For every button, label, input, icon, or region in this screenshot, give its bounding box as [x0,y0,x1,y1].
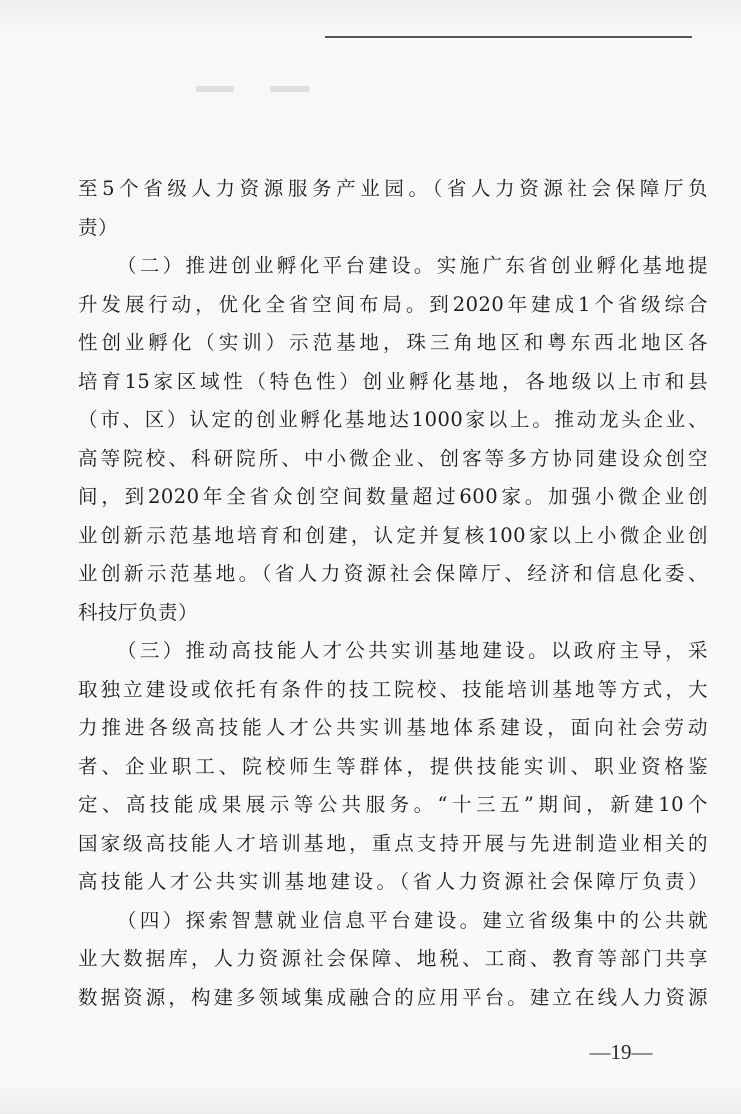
text-line: 国家级高技能人才培训基地，重点支持开展与先进制造业相关的 [78,825,708,864]
text-line: 业创新示范基地培育和创建，认定并复核100家以上小微企业创 [78,517,708,556]
text-line: 高技能人才公共实训基地建设。（省人力资源社会保障厅负责） [78,863,708,902]
text-line: 高等院校、科研院所、中小微企业、创客等多方协同建设众创空 [78,440,708,479]
text-line: 力推进各级高技能人才公共实训基地体系建设，面向社会劳动 [78,709,708,748]
text-line: 者、企业职工、院校师生等群体，提供技能实训、职业资格鉴 [78,748,708,787]
text-line: 科技厅负责） [78,594,708,633]
section-heading-line: （三）推动高技能人才公共实训基地建设。以政府主导，采 [78,632,708,671]
text-line: 业大数据库，人力资源社会保障、地税、工商、教育等部门共享 [78,940,708,979]
section-heading-line: （四）探索智慧就业信息平台建设。建立省级集中的公共就 [78,902,708,941]
document-body: 至5个省级人力资源服务产业园。（省人力资源社会保障厅负 责） （二）推进创业孵化… [78,170,708,1017]
text-line: 升发展行动，优化全省空间布局。到2020年建成1个省级综合 [78,286,708,325]
text-line: 培育15家区域性（特色性）创业孵化基地，各地级以上市和县 [78,363,708,402]
header-rule [325,36,692,38]
text-line: 至5个省级人力资源服务产业园。（省人力资源社会保障厅负 [78,170,708,209]
text-line: 取独立建设或依托有条件的技工院校、技能培训基地等方式，大 [78,671,708,710]
faint-stamp-mark [270,86,310,92]
text-line: 数据资源，构建多领域集成融合的应用平台。建立在线人力资源 [78,979,708,1018]
text-line: 性创业孵化（实训）示范基地，珠三角地区和粤东西北地区各 [78,324,708,363]
text-line: （市、区）认定的创业孵化基地达1000家以上。推动龙头企业、 [78,401,708,440]
text-line: 业创新示范基地。（省人力资源社会保障厅、经济和信息化委、 [78,555,708,594]
page-number: —19— [576,1040,666,1065]
text-line: 责） [78,209,708,248]
faint-stamp-mark [196,86,234,92]
text-line: 定、高技能成果展示等公共服务。“十三五”期间，新建10个 [78,786,708,825]
text-line: 间，到2020年全省众创空间数量超过600家。加强小微企业创 [78,478,708,517]
section-heading-line: （二）推进创业孵化平台建设。实施广东省创业孵化基地提 [78,247,708,286]
